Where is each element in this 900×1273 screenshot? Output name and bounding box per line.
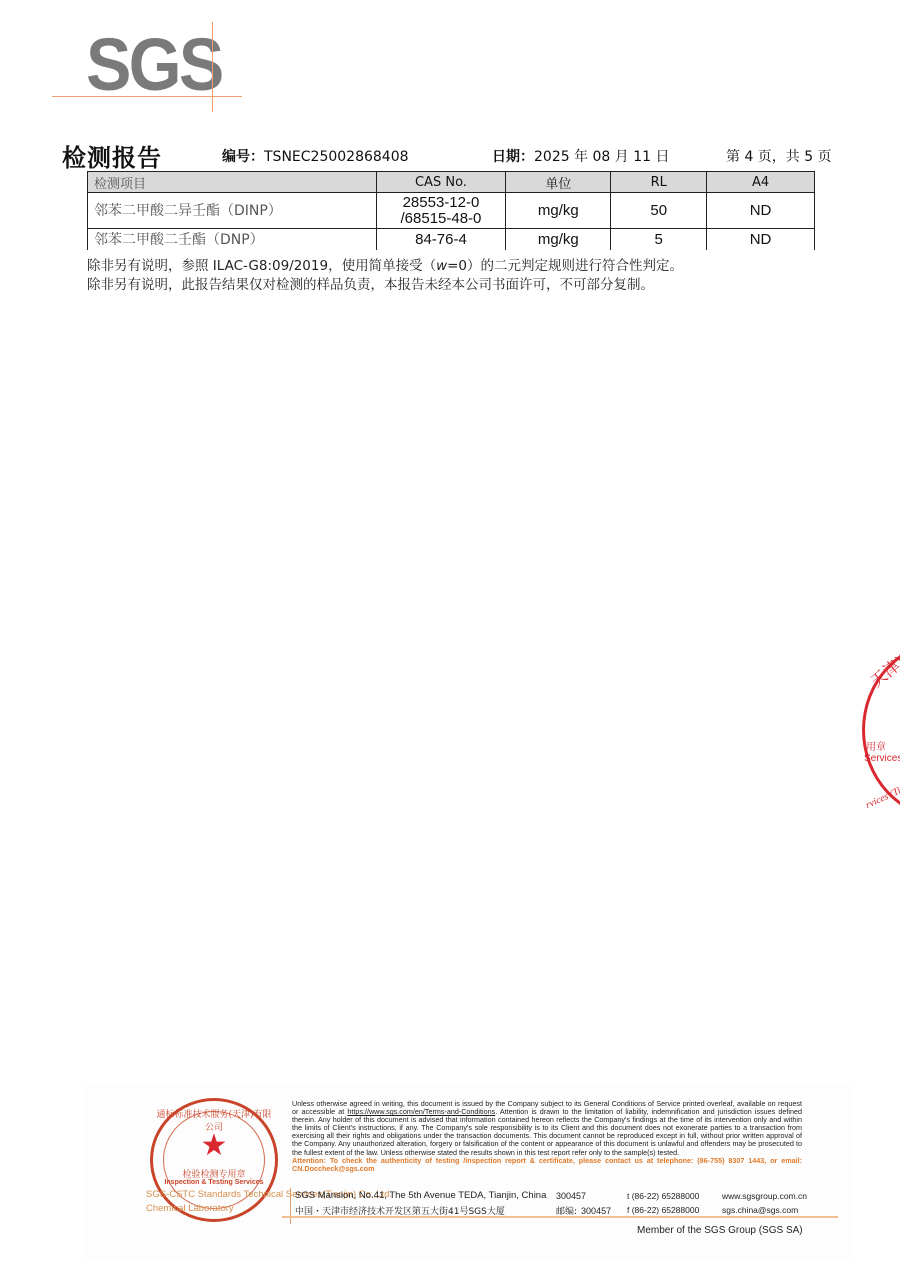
- report-number: 编号：TSNEC25002868408: [222, 146, 409, 166]
- report-date-value: 2025 年 08 月 11 日: [534, 149, 670, 165]
- sgs-logo: SGS: [52, 22, 242, 112]
- address-divider-vertical: [290, 1188, 291, 1224]
- report-date-label: 日期：: [492, 149, 534, 165]
- note-line-2: 除非另有说明，此报告结果仅对检测的样品负责，本报告未经本公司书面许可，不可部分复…: [87, 276, 683, 295]
- zip-label: 邮编:: [556, 1207, 577, 1217]
- note-1-w: w: [436, 258, 447, 274]
- email-link[interactable]: sgs.china@sgs.com: [722, 1205, 798, 1215]
- address-chinese: 中国・天津市经济技术开发区第五大街41号SGS大厦: [295, 1204, 505, 1217]
- report-number-value: TSNEC25002868408: [264, 149, 409, 165]
- telephone: t (86-22) 65288000: [627, 1191, 699, 1201]
- cell-unit: mg/kg: [506, 229, 611, 250]
- table-row: 邻苯二甲酸二异壬酯（DINP） 28553-12-0/68515-48-0 mg…: [88, 193, 815, 229]
- table-header-row: 检测项目 CAS No. 单位 RL A4: [88, 172, 815, 193]
- address-english: SGS Mansion, No.41, The 5th Avenue TEDA,…: [295, 1190, 546, 1201]
- stamp-cn-text: 用章: [866, 738, 886, 753]
- cas-line-2: /68515-48-0: [401, 210, 482, 227]
- cell-unit: mg/kg: [506, 193, 611, 229]
- side-stamp: 天津)有 用章 Services rvices (Tianj: [862, 640, 900, 820]
- cell-rl: 5: [611, 229, 707, 250]
- header-unit: 单位: [506, 172, 611, 193]
- cell-cas-no: 84-76-4: [376, 229, 506, 250]
- star-icon: ★: [201, 1131, 228, 1161]
- header-rl: RL: [611, 172, 707, 193]
- zip-english: 300457: [556, 1191, 586, 1201]
- cell-test-item: 邻苯二甲酸二异壬酯（DINP）: [88, 193, 377, 229]
- report-notes: 除非另有说明，参照 ILAC-G8:09/2019，使用简单接受（w=0）的二元…: [87, 257, 683, 295]
- fax: f (86-22) 65288000: [627, 1205, 699, 1215]
- seal-en-text: Inspection & Testing Services: [153, 1179, 275, 1186]
- member-statement: Member of the SGS Group (SGS SA): [637, 1225, 803, 1236]
- zip-chinese: 邮编:300457: [556, 1204, 611, 1217]
- sgs-logo-text: SGS: [86, 28, 221, 102]
- cas-line-1: 28553-12-0: [403, 194, 480, 211]
- report-date: 日期：2025 年 08 月 11 日: [492, 146, 670, 166]
- page-info: 第 4 页，共 5 页: [726, 146, 832, 166]
- page-title: 检测报告: [62, 138, 162, 173]
- header-a4: A4: [707, 172, 815, 193]
- report-number-label: 编号：: [222, 149, 264, 165]
- note-1-part-b: =0）的二元判定规则进行符合性判定。: [447, 258, 683, 274]
- disclaimer-text-2: . Attention is drawn to the limitation o…: [292, 1107, 802, 1156]
- table-row: 邻苯二甲酸二壬酯（DNP） 84-76-4 mg/kg 5 ND: [88, 229, 815, 250]
- logo-vertical-line: [212, 22, 213, 112]
- header-cas-no: CAS No.: [376, 172, 506, 193]
- logo-horizontal-line: [52, 96, 242, 97]
- authenticity-notice: Attention: To check the authenticity of …: [292, 1157, 802, 1173]
- header-test-item: 检测项目: [88, 172, 377, 193]
- website-link[interactable]: www.sgsgroup.com.cn: [722, 1191, 807, 1201]
- cell-a4: ND: [707, 229, 815, 250]
- zip-value: 300457: [581, 1206, 611, 1216]
- legal-disclaimer: Unless otherwise agreed in writing, this…: [292, 1100, 802, 1173]
- stamp-en-text: Services: [864, 753, 900, 764]
- cell-cas-no: 28553-12-0/68515-48-0: [376, 193, 506, 229]
- results-table: 检测项目 CAS No. 单位 RL A4 邻苯二甲酸二异壬酯（DINP） 28…: [87, 171, 815, 250]
- cell-rl: 50: [611, 193, 707, 229]
- cell-a4: ND: [707, 193, 815, 229]
- cell-test-item: 邻苯二甲酸二壬酯（DNP）: [88, 229, 377, 250]
- note-1-part-a: 除非另有说明，参照 ILAC-G8:09/2019，使用简单接受（: [87, 258, 436, 274]
- note-line-1: 除非另有说明，参照 ILAC-G8:09/2019，使用简单接受（w=0）的二元…: [87, 257, 683, 276]
